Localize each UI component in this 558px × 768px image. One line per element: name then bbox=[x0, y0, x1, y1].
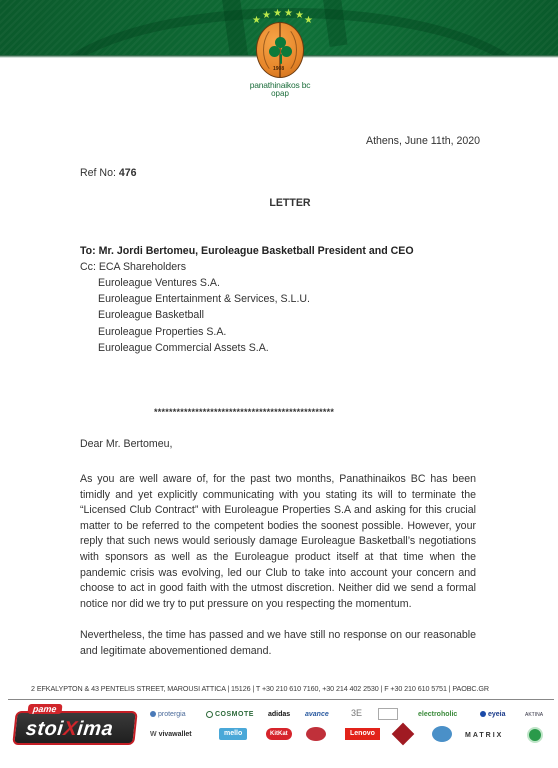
ref-value: 476 bbox=[119, 167, 137, 179]
sponsor-mello: mello bbox=[219, 728, 247, 740]
reference-number: Ref No: 476 bbox=[80, 166, 137, 182]
cc-item: Euroleague Entertainment & Services, S.L… bbox=[98, 292, 310, 308]
basketball-icon: 1908 bbox=[256, 22, 304, 78]
letter-title: LETTER bbox=[0, 196, 558, 212]
club-logo: ★ ★ ★ ★ ★ ★ 1908 panathinaikos bc opap bbox=[244, 8, 316, 98]
cc-list: Euroleague Ventures S.A. Euroleague Ente… bbox=[98, 276, 310, 357]
greeting: Dear Mr. Bertomeu, bbox=[80, 437, 172, 453]
cc-item: Euroleague Properties S.A. bbox=[98, 325, 310, 341]
cc-first: Cc: ECA Shareholders bbox=[80, 260, 186, 276]
letter-date: Athens, June 11th, 2020 bbox=[366, 134, 480, 150]
vivawallet-icon: W bbox=[150, 731, 159, 738]
eyeia-icon bbox=[480, 711, 486, 717]
sponsor-round-badge-icon bbox=[306, 727, 326, 741]
sponsor-aktina: AKTINA bbox=[525, 710, 543, 720]
footer-address: 2 EFKALYPTON & 43 PENTELIS STREET, MAROU… bbox=[0, 684, 541, 693]
clover-icon bbox=[269, 37, 293, 63]
paragraph: As you are well aware of, for the past t… bbox=[80, 472, 476, 612]
sponsor-matrix: MATRIX bbox=[465, 731, 503, 741]
cc-item: Euroleague Commercial Assets S.A. bbox=[98, 341, 310, 357]
protergia-icon bbox=[150, 711, 156, 717]
sponsor-kitkat: KitKat bbox=[266, 728, 292, 740]
sponsor-wordmark: stoiXima bbox=[25, 718, 115, 741]
sponsor-lenovo: Lenovo bbox=[345, 728, 380, 740]
sponsor-adidas: adidas bbox=[268, 710, 290, 720]
sponsor-3e: 3E bbox=[351, 708, 362, 718]
founding-year: 1908 bbox=[273, 66, 284, 72]
ref-label: Ref No: bbox=[80, 167, 119, 179]
sponsor-circle-badge-icon bbox=[432, 726, 452, 742]
sponsor-green-circle-icon bbox=[527, 727, 543, 743]
sponsor-avance: avance bbox=[305, 710, 329, 720]
footer-divider bbox=[8, 699, 554, 700]
cosmote-icon bbox=[206, 711, 213, 718]
main-sponsor-logo: pame stoiXima bbox=[12, 711, 138, 745]
sponsor-electroholic: electroholic bbox=[418, 710, 457, 720]
brand-sponsor: opap bbox=[244, 89, 316, 98]
sponsor-protergia: protergia bbox=[150, 710, 186, 720]
cc-item: Euroleague Basketball bbox=[98, 308, 310, 324]
recipient: To: Mr. Jordi Bertomeu, Euroleague Baske… bbox=[80, 244, 414, 260]
sponsor-cosmote: COSMOTE bbox=[206, 710, 254, 720]
sponsor-pame: pame bbox=[27, 704, 62, 714]
paragraph: Nevertheless, the time has passed and we… bbox=[80, 628, 476, 659]
sponsor-eyeia: eyeia bbox=[480, 710, 506, 720]
sponsor-diamond-badge-icon bbox=[392, 723, 415, 746]
sponsor-badge-icon bbox=[378, 708, 398, 720]
separator-line: ****************************************… bbox=[154, 405, 334, 421]
cc-item: Euroleague Ventures S.A. bbox=[98, 276, 310, 292]
sponsor-vivawallet: W vivawallet bbox=[150, 730, 192, 740]
